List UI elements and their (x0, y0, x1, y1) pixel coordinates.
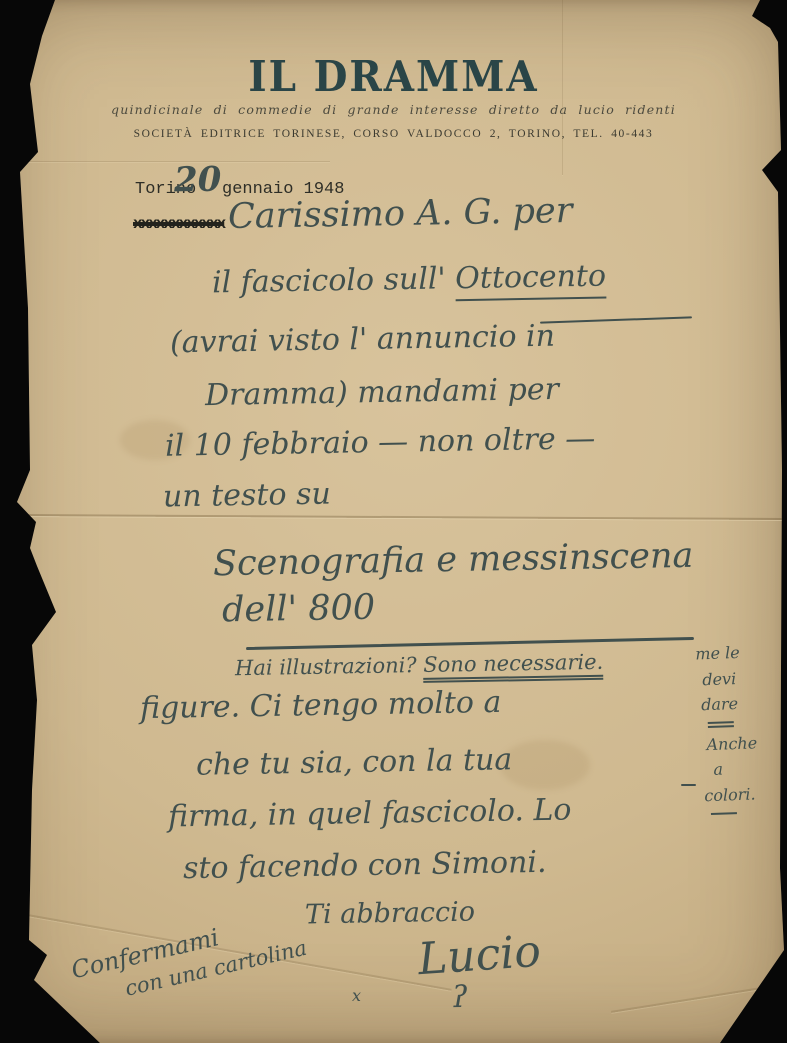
margin-note-line: Anche (706, 729, 785, 757)
margin-dash-stroke (681, 784, 696, 786)
struck-out-typed-text: xxxxxxxxxxxx (133, 215, 224, 233)
handwritten-line: Dramma) mandami per (205, 372, 559, 413)
question-text: Hai illustrazioni? (235, 653, 424, 680)
pen-underline-ottocento (540, 316, 692, 323)
paper-stain (500, 740, 590, 790)
signature-flourish: ʔ (452, 980, 469, 1015)
margin-note-line: dare (701, 690, 784, 718)
signature: Lucio (416, 926, 542, 985)
handwritten-title-line-1: Scenografia e messinscena (213, 536, 694, 584)
line-02-start: il fascicolo sull' (212, 261, 456, 300)
letter-paper: IL DRAMMA quindicinale di commedie di gr… (0, 0, 787, 1043)
letterhead-address: SOCIETÀ EDITRICE TORINESE, CORSO VALDOCC… (0, 128, 787, 140)
margin-note-line: me le (695, 638, 782, 667)
postscript-note: Confermami con una cartolina (69, 904, 309, 1011)
date-day-handwritten: 20 (174, 160, 222, 201)
handwritten-line: firma, in quel fascicolo. Lo (168, 792, 572, 834)
handwritten-line: il 10 febbraio — non oltre — (165, 421, 596, 464)
handwritten-line: sto facendo con Simoni. (183, 845, 547, 886)
margin-note-line: a (713, 755, 786, 783)
closing-line: Ti abbraccio (305, 897, 476, 931)
line-02-underlined-word: Ottocento (455, 259, 606, 297)
fold-crease-middle (0, 514, 787, 520)
margin-note-rule (711, 812, 737, 815)
margin-note-line: devi (702, 664, 783, 692)
letterhead: IL DRAMMA (0, 54, 787, 100)
handwritten-question-line: Hai illustrazioni? Sono necessarie. (235, 650, 604, 680)
fold-crease-upper (0, 161, 330, 162)
handwritten-line: figure. Ci tengo molto a (140, 685, 502, 726)
question-emphasis: Sono necessarie. (423, 650, 603, 683)
handwritten-title-line-2: dell' 800 (222, 588, 376, 631)
postscript-mark: x (352, 986, 361, 1005)
handwritten-line-salutation: Carissimo A. G. per (228, 191, 573, 237)
margin-note-double-rule (708, 721, 734, 724)
fold-crease-bottom-right (611, 981, 787, 1013)
letterhead-subtitle: quindicinale di commedie di grande inter… (0, 102, 787, 117)
handwritten-line: che tu sia, con la tua (196, 742, 513, 783)
margin-note: me le devi dare Anche a colori. (689, 638, 787, 819)
handwritten-line: un testo su (163, 477, 331, 515)
handwritten-line: il fascicolo sull' Ottocento (212, 259, 607, 301)
letterhead-title: IL DRAMMA (248, 52, 538, 102)
pen-rule-above-question (246, 637, 694, 650)
margin-note-line: colori. (704, 780, 787, 808)
handwritten-line: (avrai visto l' annuncio in (170, 319, 556, 361)
